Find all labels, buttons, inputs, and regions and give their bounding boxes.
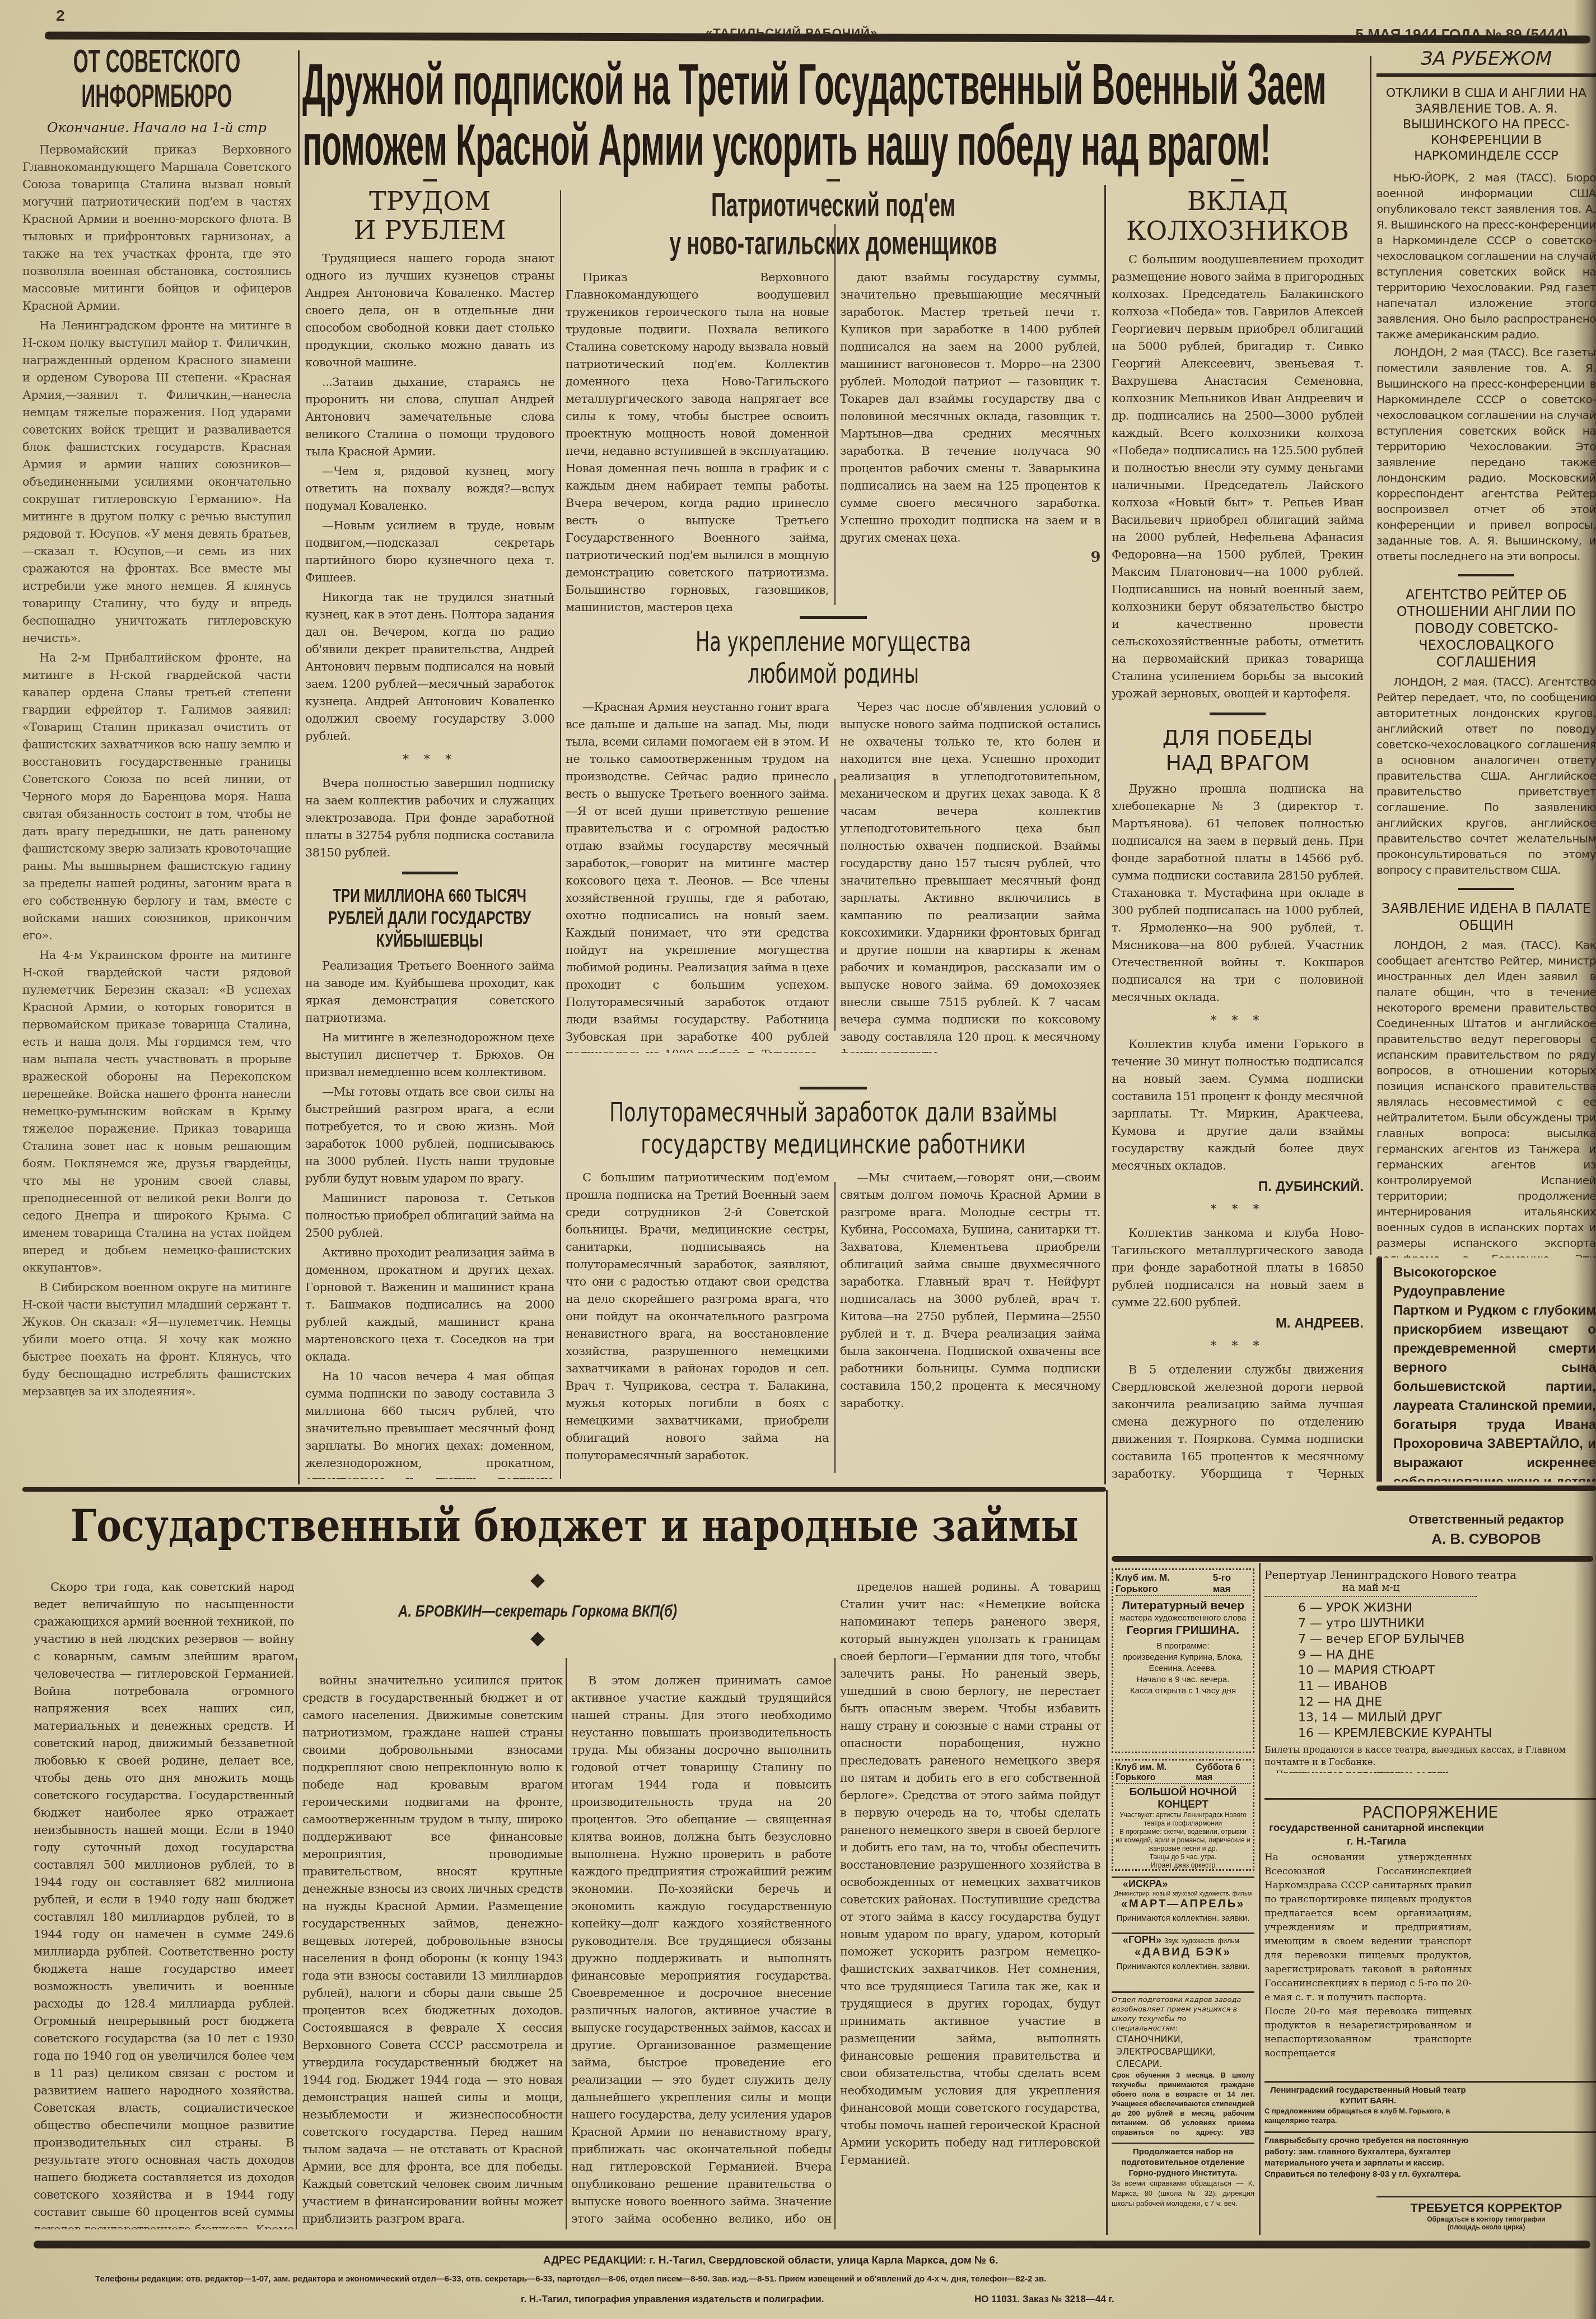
ad-mining-institute: Продолжается набор на подготовительное о… — [1112, 2143, 1254, 2232]
paragraph: На Ленинградском фронте на митинге в Н-с… — [22, 317, 291, 647]
section-rule — [1231, 179, 1244, 181]
budget-article: Государственный бюджет и народные займы … — [22, 1501, 1103, 2229]
sovinform-title-2: ИНФОРМБЮРО — [22, 78, 291, 114]
column-divider — [560, 190, 561, 1479]
sovinformburo-article: ОТ СОВЕТСКОГО ИНФОРМБЮРО Окончание. Нача… — [22, 45, 291, 1484]
medical-title-1: Полуторамесячный заработок дали взаймы — [567, 1097, 1099, 1128]
paragraph: На митинге в железнодорожном цехе выступ… — [305, 1029, 554, 1081]
budget-col-3: В этом должен принимать самое активное у… — [571, 1672, 832, 2229]
ad1-line5: Касса открыта с 1 часу дня — [1116, 1685, 1250, 1697]
ad2-club: Клуб им. М. Горького — [1116, 1763, 1196, 1783]
page-edge-shadow — [1574, 0, 1596, 2319]
paragraph: В 5 отделении службы движения Свердловск… — [1112, 1361, 1364, 1484]
order-text-2: После 20-го мая перевозка пищевых продук… — [1264, 2005, 1472, 2061]
paragraph: ЛОНДОН, 2 мая. (ТАСС). Агентство Рейтер … — [1376, 674, 1596, 878]
sovinform-title-1: ОТ СОВЕТСКОГО — [22, 45, 291, 78]
paragraph: —Новым усилием в труде, новым подвигом,—… — [305, 517, 554, 586]
kolkhoz-body: С большим воодушевлением проходит размещ… — [1112, 251, 1364, 702]
paragraph: ЛОНДОН, 2 мая (ТАСС). Все газеты помести… — [1376, 344, 1596, 564]
section-stars: * * * — [1112, 1014, 1364, 1028]
kuibyshev-title: ТРИ МИЛЛИОНА 660 ТЫСЯЧ РУБЛЕЙ ДАЛИ ГОСУД… — [305, 884, 554, 952]
corrector-line2: (площадь около цирка) — [1376, 2223, 1596, 2231]
paragraph: Коллектив клуба имени Горького в течение… — [1112, 1036, 1364, 1175]
abroad-section: ЗА РУБЕЖОМ ОТКЛИКИ В США И АНГЛИИ НА ЗАЯ… — [1376, 48, 1596, 1258]
budget-col-2: войны значительно усилился приток средст… — [302, 1672, 563, 2229]
ad5-jobs-2: ЭЛЕКТРОСВАРЩИКИ, СЛЕСАРИ. — [1112, 2046, 1254, 2070]
newspaper-page: 2 «ТАГИЛЬСКИЙ РАБОЧИЙ» 5 МАЯ 1944 ГОДА №… — [0, 0, 1596, 2319]
footer-printing: г. Н.-Тагил, типография управления издат… — [521, 2294, 824, 2305]
paragraph: С большим патриотическим под'емом прошла… — [566, 1169, 829, 1464]
patriotic-col-2: дают взаймы государству суммы, значитель… — [840, 269, 1100, 616]
diamond-ornament: ◆ — [325, 1568, 750, 1591]
glavryba-line1: Главрыбсбыту срочно требуется на постоян… — [1264, 2135, 1472, 2169]
signature-dubinsky: П. ДУБИНСКИЙ. — [1112, 1179, 1364, 1195]
abroad-title-2: АГЕНТСТВО РЕЙТЕР ОБ ОТНОШЕНИИ АНГЛИИ ПО … — [1376, 586, 1596, 670]
ad5-intro: Отдел подготовки кадров завода возобновл… — [1112, 1995, 1254, 2033]
repertoire-item: 12 — НА ДНЕ — [1264, 1694, 1596, 1710]
obituary: Высокогорское Рудоуправление Партком и Р… — [1376, 1258, 1596, 1482]
sanitary-order: РАСПОРЯЖЕНИЕ государственной санитарной … — [1264, 1798, 1596, 2061]
medical-col-1: С большим патриотическим под'емом прошла… — [566, 1169, 829, 1466]
ad-theatre-buys: Ленинградский государственный Новый теат… — [1264, 2081, 1596, 2129]
abroad-title-3: ЗАЯВЛЕНИЕ ИДЕНА В ПАЛАТЕ ОБЩИН — [1376, 900, 1596, 934]
paragraph: Через час после об'явления условий о вып… — [840, 699, 1100, 1053]
strengthen-col-2: Через час после об'явления условий о вып… — [840, 699, 1100, 1053]
signature-andreev: М. АНДРЕЕВ. — [1112, 1316, 1364, 1331]
section-rule — [1210, 713, 1266, 715]
victory-body: Дружно прошла подписка на хлебопекарне №… — [1112, 780, 1364, 1006]
banner-headline-line1: Дружной подпиской на Третий Государствен… — [302, 52, 904, 118]
ad-glavryba: Главрыбсбыту срочно требуется на постоян… — [1264, 2131, 1596, 2193]
abroad-body-2: ЛОНДОН, 2 мая. (ТАСС). Агентство Рейтер … — [1376, 674, 1596, 878]
ad-training-school: Отдел подготовки кадров завода возобновл… — [1112, 1991, 1254, 2137]
repertoire-footer-1: Билеты продаются в кассе театра, выездны… — [1264, 1744, 1596, 1768]
budget-title: Государственный бюджет и народные займы — [22, 1501, 952, 1552]
column-divider — [1259, 1563, 1261, 2235]
ad5-text: Срок обучения 3 месяца. В школу техучебы… — [1112, 2070, 1254, 2137]
theatre-buy-line2: С предложением обращаться в клуб М. Горь… — [1264, 2106, 1472, 2125]
ad1-line3: Есенина, Асеева. — [1116, 1663, 1250, 1674]
paragraph: —Мы считаем,—говорят они,—своим святым д… — [840, 1169, 1100, 1412]
ad4-line2: Принимаются коллективн. заявки. — [1112, 1959, 1254, 1974]
theatre-repertoire: Репертуар Ленинградского Нового театра н… — [1264, 1568, 1596, 1773]
ad3-film: «МАРТ—АПРЕЛЬ» — [1112, 1898, 1254, 1911]
ad6-title: Продолжается набор на подготовительное о… — [1112, 2146, 1254, 2178]
labor-body: Трудящиеся нашего города знают одного из… — [305, 250, 554, 745]
section-rule — [402, 872, 458, 874]
labor-title-2: И РУБЛЕМ — [305, 215, 554, 245]
section-stars: * * * — [1112, 1203, 1364, 1217]
ad4-cinema: «ГОРН» — [1123, 1934, 1161, 1945]
medical-col-2: —Мы считаем,—говорят они,—своим святым д… — [840, 1169, 1100, 1466]
repertoire-item: 11 — ИВАНОВ — [1264, 1679, 1596, 1694]
ad-corrector: ТРЕБУЕТСЯ КОРРЕКТОР Обращаться в контору… — [1376, 2196, 1596, 2246]
kolkhoz-title-1: ВКЛАД — [1112, 187, 1364, 215]
corrector-title: ТРЕБУЕТСЯ КОРРЕКТОР — [1376, 2201, 1596, 2215]
obituary-bottom-rule — [1376, 1486, 1596, 1491]
victory-title-1: ДЛЯ ПОБЕДЫ — [1112, 725, 1364, 750]
paragraph: —Чем я, рядовой кузнец, могу ответить на… — [305, 463, 554, 515]
paragraph: войны значительно усилился приток средст… — [302, 1672, 563, 2228]
glavryba-line2: Справиться по телефону 8-03 у гл. бухгал… — [1264, 2169, 1472, 2180]
ad1-line2: произведения Куприна, Блока, — [1116, 1652, 1250, 1663]
patriotic-title-1: Патриотический под'ем — [566, 187, 1100, 223]
paragraph: Дружно прошла подписка на хлебопекарне №… — [1112, 780, 1364, 1006]
kolkhoz-article: ВКЛАД КОЛХОЗНИКОВ С большим воодушевлени… — [1112, 179, 1364, 1484]
ad1-club: Клуб им. М. Горького — [1116, 1572, 1213, 1595]
paragraph: —Мы готовы отдать все свои силы на быстр… — [305, 1083, 554, 1188]
ad1-line4: Начало в 9 час. вечера. — [1116, 1674, 1250, 1685]
ad1-name: Георгия ГРИШИНА. — [1116, 1624, 1250, 1637]
budget-author: А. БРОВКИН—секретарь Горкома ВКП(б) — [367, 1602, 708, 1621]
obituary-text: Партком и Рудком с глубоким прискорбием … — [1393, 1301, 1596, 1482]
paragraph: Первомайский приказ Верховного Главноком… — [22, 141, 291, 315]
repertoire-subtitle: на май м-ц — [1264, 1582, 1477, 1597]
paragraph: В этом должен принимать самое активное у… — [571, 1672, 832, 2229]
abroad-section-title: ЗА РУБЕЖОМ — [1376, 48, 1596, 77]
sovinform-subtitle: Окончание. Начало на 1-й стр — [22, 120, 291, 136]
column-divider — [566, 1658, 567, 2229]
medical-title-2: государству медицинские работники — [567, 1128, 1099, 1161]
ad1-subtitle: мастера художественного слова — [1116, 1613, 1250, 1624]
repertoire-title: Репертуар Ленинградского Нового театра — [1264, 1568, 1596, 1582]
paragraph: На 2-м Прибалтийском фронте, на митинге … — [22, 649, 291, 944]
abroad-body-1: НЬЮ-ЙОРК, 2 мая (ТАСС). Бюро военной инф… — [1376, 170, 1596, 564]
kolkhoz-title-2: КОЛХОЗНИКОВ — [1112, 215, 1364, 246]
paragraph: пределов нашей родины. А товарищ Сталин … — [840, 1578, 1100, 2169]
paragraph: На 10 часов вечера 4 мая общая сумма под… — [305, 1368, 554, 1479]
labor-body-2: Вчера полностью завершил подписку на зае… — [305, 775, 554, 862]
repertoire-list: 6 — УРОК ЖИЗНИ7 — утро ШУТНИКИ7 — вечер … — [1264, 1600, 1596, 1741]
repertoire-item: 16 — КРЕМЛЕВСКИЕ КУРАНТЫ — [1264, 1726, 1596, 1741]
ad-gorn-cinema: «ГОРН» Звук. художеств. фильм «ДАВИД БЭК… — [1112, 1932, 1254, 1986]
section-rule — [800, 1087, 867, 1089]
ad2-line2: В программе: скетчи, водевили, отрывки и… — [1116, 1828, 1250, 1853]
ad3-line1: Демонстрир. новый звуковой художеств. фи… — [1112, 1890, 1254, 1898]
footer-rule — [34, 2241, 1590, 2248]
paragraph: Машинист паровоза т. Сетьков полностью п… — [305, 1190, 554, 1242]
page-number: 2 — [56, 7, 65, 25]
paragraph: —Красная Армия неустанно гонит врага все… — [566, 699, 829, 1053]
footer-address: АДРЕС РЕДАКЦИИ: г. Н.-Тагил, Свердловско… — [543, 2255, 998, 2267]
paragraph: дают взаймы государству суммы, значитель… — [840, 269, 1100, 547]
order-subtitle: государственной санитарной инспекции г. … — [1264, 1822, 1488, 1848]
ad4-film: «ДАВИД БЭК» — [1112, 1946, 1254, 1959]
strengthen-title-1: На укрепление могущества — [567, 627, 1100, 657]
abroad-body-3: ЛОНДОН, 2 мая. (ТАСС). Как сообщает аген… — [1376, 937, 1596, 1258]
victory-title-2: НАД ВРАГОМ — [1112, 750, 1364, 776]
paragraph: Трудящиеся нашего города знают одного из… — [305, 250, 554, 371]
repertoire-item: 6 — УРОК ЖИЗНИ — [1264, 1600, 1596, 1616]
paragraph: С большим воодушевлением проходит размещ… — [1112, 251, 1364, 702]
paragraph: ЛОНДОН, 2 мая. (ТАСС). Как сообщает аген… — [1376, 937, 1596, 1258]
ad3-cinema: «ИСКРА» — [1112, 1878, 1254, 1890]
obituary-header: Высокогорское Рудоуправление — [1393, 1263, 1596, 1301]
ad4-line1: Звук. художеств. фильм — [1164, 1937, 1239, 1945]
gorky-club-body: Коллектив клуба имени Горького в течение… — [1112, 1036, 1364, 1175]
paragraph: Активно проходит реализация займа в доме… — [305, 1244, 554, 1366]
patriotic-article: Патриотический под'ем у ново-тагильских … — [566, 179, 1100, 616]
ad1-date: 5-го мая — [1213, 1572, 1250, 1595]
paragraph: Коллектив занкома и клуба Ново-Тагильско… — [1112, 1224, 1364, 1311]
budget-col-1: Скоро три года, как советский народ веде… — [34, 1578, 294, 2229]
ad2-title: БОЛЬШОЙ НОЧНОЙ КОНЦЕРТ — [1116, 1786, 1250, 1811]
section-stars: * * * — [1112, 1339, 1364, 1353]
ad2-date: Суббота 6 мая — [1196, 1763, 1250, 1783]
repertoire-item: 7 — утро ШУТНИКИ — [1264, 1616, 1596, 1632]
railway-body: В 5 отделении службы движения Свердловск… — [1112, 1361, 1364, 1484]
diamond-ornament: ◆ — [325, 1627, 750, 1649]
repertoire-item: 7 — вечер ЕГОР БУЛЫЧЕВ — [1264, 1632, 1596, 1647]
ad6-text: За всеми справками обращаться — К. Маркс… — [1112, 2178, 1254, 2209]
paragraph: ...Затаив дыхание, стараясь не проронить… — [305, 374, 554, 460]
repertoire-item: 9 — НА ДНЕ — [1264, 1647, 1596, 1663]
column-divider — [834, 1658, 836, 2229]
ad-literary-evening: Клуб им. М. Горького 5-го мая Литературн… — [1112, 1568, 1254, 1753]
section-rule — [1458, 574, 1514, 576]
theatre-buy-line1: Ленинградский государственный Новый теат… — [1264, 2085, 1472, 2106]
section-rule — [423, 179, 437, 181]
paragraph: В Сибирском военном округе на митинге Н-… — [22, 1279, 291, 1400]
column-divider — [1370, 56, 1371, 1255]
section-stars: * * * — [305, 753, 554, 767]
paragraph: Реализация Третьего Военного займа на за… — [305, 957, 554, 1027]
paragraph: Скоро три года, как советский народ веде… — [34, 1578, 294, 2229]
paragraph: Вчера полностью завершил подписку на зае… — [305, 775, 554, 862]
kuibyshev-body: Реализация Третьего Военного займа на за… — [305, 957, 554, 1479]
editor-name: А. В. СУВОРОВ — [1376, 1530, 1596, 1548]
footer-phones: Телефоны редакции: отв. редактор—1-07, з… — [95, 2274, 1046, 2284]
column-divider — [296, 1658, 297, 2229]
ad5-jobs-1: СТАНОЧНИКИ, — [1112, 2033, 1254, 2046]
ad1-title: Литературный вечер — [1116, 1599, 1250, 1613]
order-sign-title: Старший госсанинспектор города — [1264, 2061, 1472, 2061]
column-divider — [1106, 1490, 1108, 2235]
footer-order-no: НО 11031. Заказ № 3218—44 г. — [974, 2294, 1114, 2305]
strengthen-col-1: —Красная Армия неустанно гонит врага все… — [566, 699, 829, 1053]
strengthen-title-2: любимой родины — [567, 657, 1100, 691]
ad1-line1: В программе: — [1116, 1641, 1250, 1652]
repertoire-item: 10 — МАРИЯ СТЮАРТ — [1264, 1663, 1596, 1679]
patriotic-title-2: у ново-тагильских доменщиков — [566, 223, 1100, 263]
patriotic-col-1: Приказ Верховного Главнокомандующего воо… — [566, 269, 829, 616]
sovinform-body: Первомайский приказ Верховного Главноком… — [22, 141, 291, 1400]
labor-title-1: ТРУДОМ — [305, 187, 554, 215]
abroad-title-1: ОТКЛИКИ В США И АНГЛИИ НА ЗАЯВЛЕНИЕ ТОВ.… — [1376, 86, 1596, 164]
column-divider — [1104, 185, 1106, 1484]
zankom-body: Коллектив занкома и клуба Ново-Тагильско… — [1112, 1224, 1364, 1311]
medical-article: Полуторамесячный заработок дали взаймы г… — [566, 1087, 1100, 1479]
ad3-line2: Принимаются коллективн. заявки. — [1112, 1911, 1254, 1926]
paragraph: Никогда так не трудился знатный кузнец, … — [305, 589, 554, 745]
ad2-line5: Начало концерта в 11-30 веч — [1116, 1870, 1250, 1871]
section-rule — [827, 179, 840, 181]
paragraph: На 4-м Украинском фронте на митинге Н-ск… — [22, 947, 291, 1277]
strengthen-article: На укрепление могущества любимой родины … — [566, 616, 1100, 1053]
paragraph: Приказ Верховного Главнокомандующего воо… — [566, 269, 829, 616]
ad2-line3: Танцы до 5 час. утра. — [1116, 1853, 1250, 1861]
section-rule — [1458, 888, 1514, 890]
section-rule — [800, 616, 867, 619]
ad2-line1: Участвуют: артисты Ленинградск Нового те… — [1116, 1811, 1250, 1828]
ad-night-concert: Клуб им. М. Горького Суббота 6 мая БОЛЬШ… — [1112, 1759, 1254, 1871]
repertoire-item: 13, 14 — МИЛЫЙ ДРУГ — [1264, 1710, 1596, 1726]
banner-headline-line2: поможем Красной Армии ускорить нашу побе… — [302, 112, 904, 179]
labor-article: ТРУДОМ И РУБЛЕМ Трудящиеся нашего города… — [305, 179, 554, 1479]
ad2-line4: Играет джаз оркестр — [1116, 1861, 1250, 1870]
patriotic-byline: 9 — [840, 549, 1100, 566]
column-divider — [298, 50, 300, 1484]
ads-top-rule — [1112, 1556, 1593, 1562]
repertoire-footer-2: Принимаются коллективные заявки. — [1264, 1768, 1596, 1773]
order-title: РАСПОРЯЖЕНИЕ — [1264, 1803, 1596, 1822]
ad-iskra-cinema: «ИСКРА» Демонстрир. новый звуковой худож… — [1112, 1876, 1254, 1930]
corrector-line1: Обращаться в контору типографии — [1376, 2215, 1596, 2223]
order-text-1: На основании утвержденных Всесоюзной Гос… — [1264, 1851, 1472, 2005]
editor-block: Ответственный редактор А. В. СУВОРОВ — [1376, 1512, 1596, 1563]
paragraph: НЬЮ-ЙОРК, 2 мая (ТАСС). Бюро военной инф… — [1376, 170, 1596, 342]
budget-top-rule — [22, 1487, 1106, 1492]
editor-label: Ответственный редактор — [1376, 1512, 1596, 1527]
budget-col-4: пределов нашей родины. А товарищ Сталин … — [840, 1578, 1100, 2171]
